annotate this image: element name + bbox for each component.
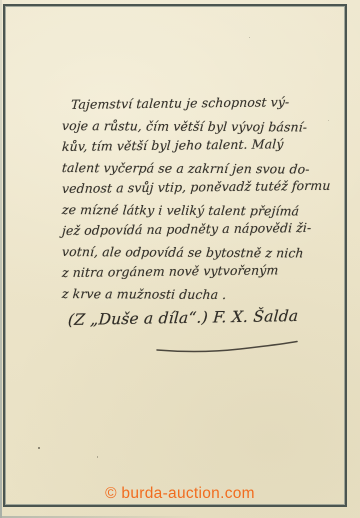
paper-speck — [328, 120, 329, 121]
handwriting-line: vednost a svůj vtip, poněvadž tutéž form… — [61, 175, 312, 199]
handwriting-line: Tajemství talentu je schopnost vý- — [61, 91, 312, 115]
handwriting-line: z nitra orgánem nově vytvořeným — [61, 259, 312, 283]
handwritten-text-block: Tajemství talentu je schopnost vý- voje … — [62, 94, 312, 304]
manuscript-scan-page: Tajemství talentu je schopnost vý- voje … — [0, 0, 360, 518]
paper-speck — [38, 447, 40, 449]
paper-speck — [249, 37, 250, 38]
handwriting-line: z krve a mužnosti ducha . — [61, 283, 313, 306]
scan-edge-left — [0, 0, 2, 518]
paper-speck — [97, 456, 98, 458]
handwriting-line: jež odpovídá na podněty a nápovědi ži- — [61, 217, 312, 241]
handwriting-line: kův, tím větší byl jeho talent. Malý — [61, 133, 312, 157]
watermark-text: © burda-auction.com — [0, 485, 360, 503]
